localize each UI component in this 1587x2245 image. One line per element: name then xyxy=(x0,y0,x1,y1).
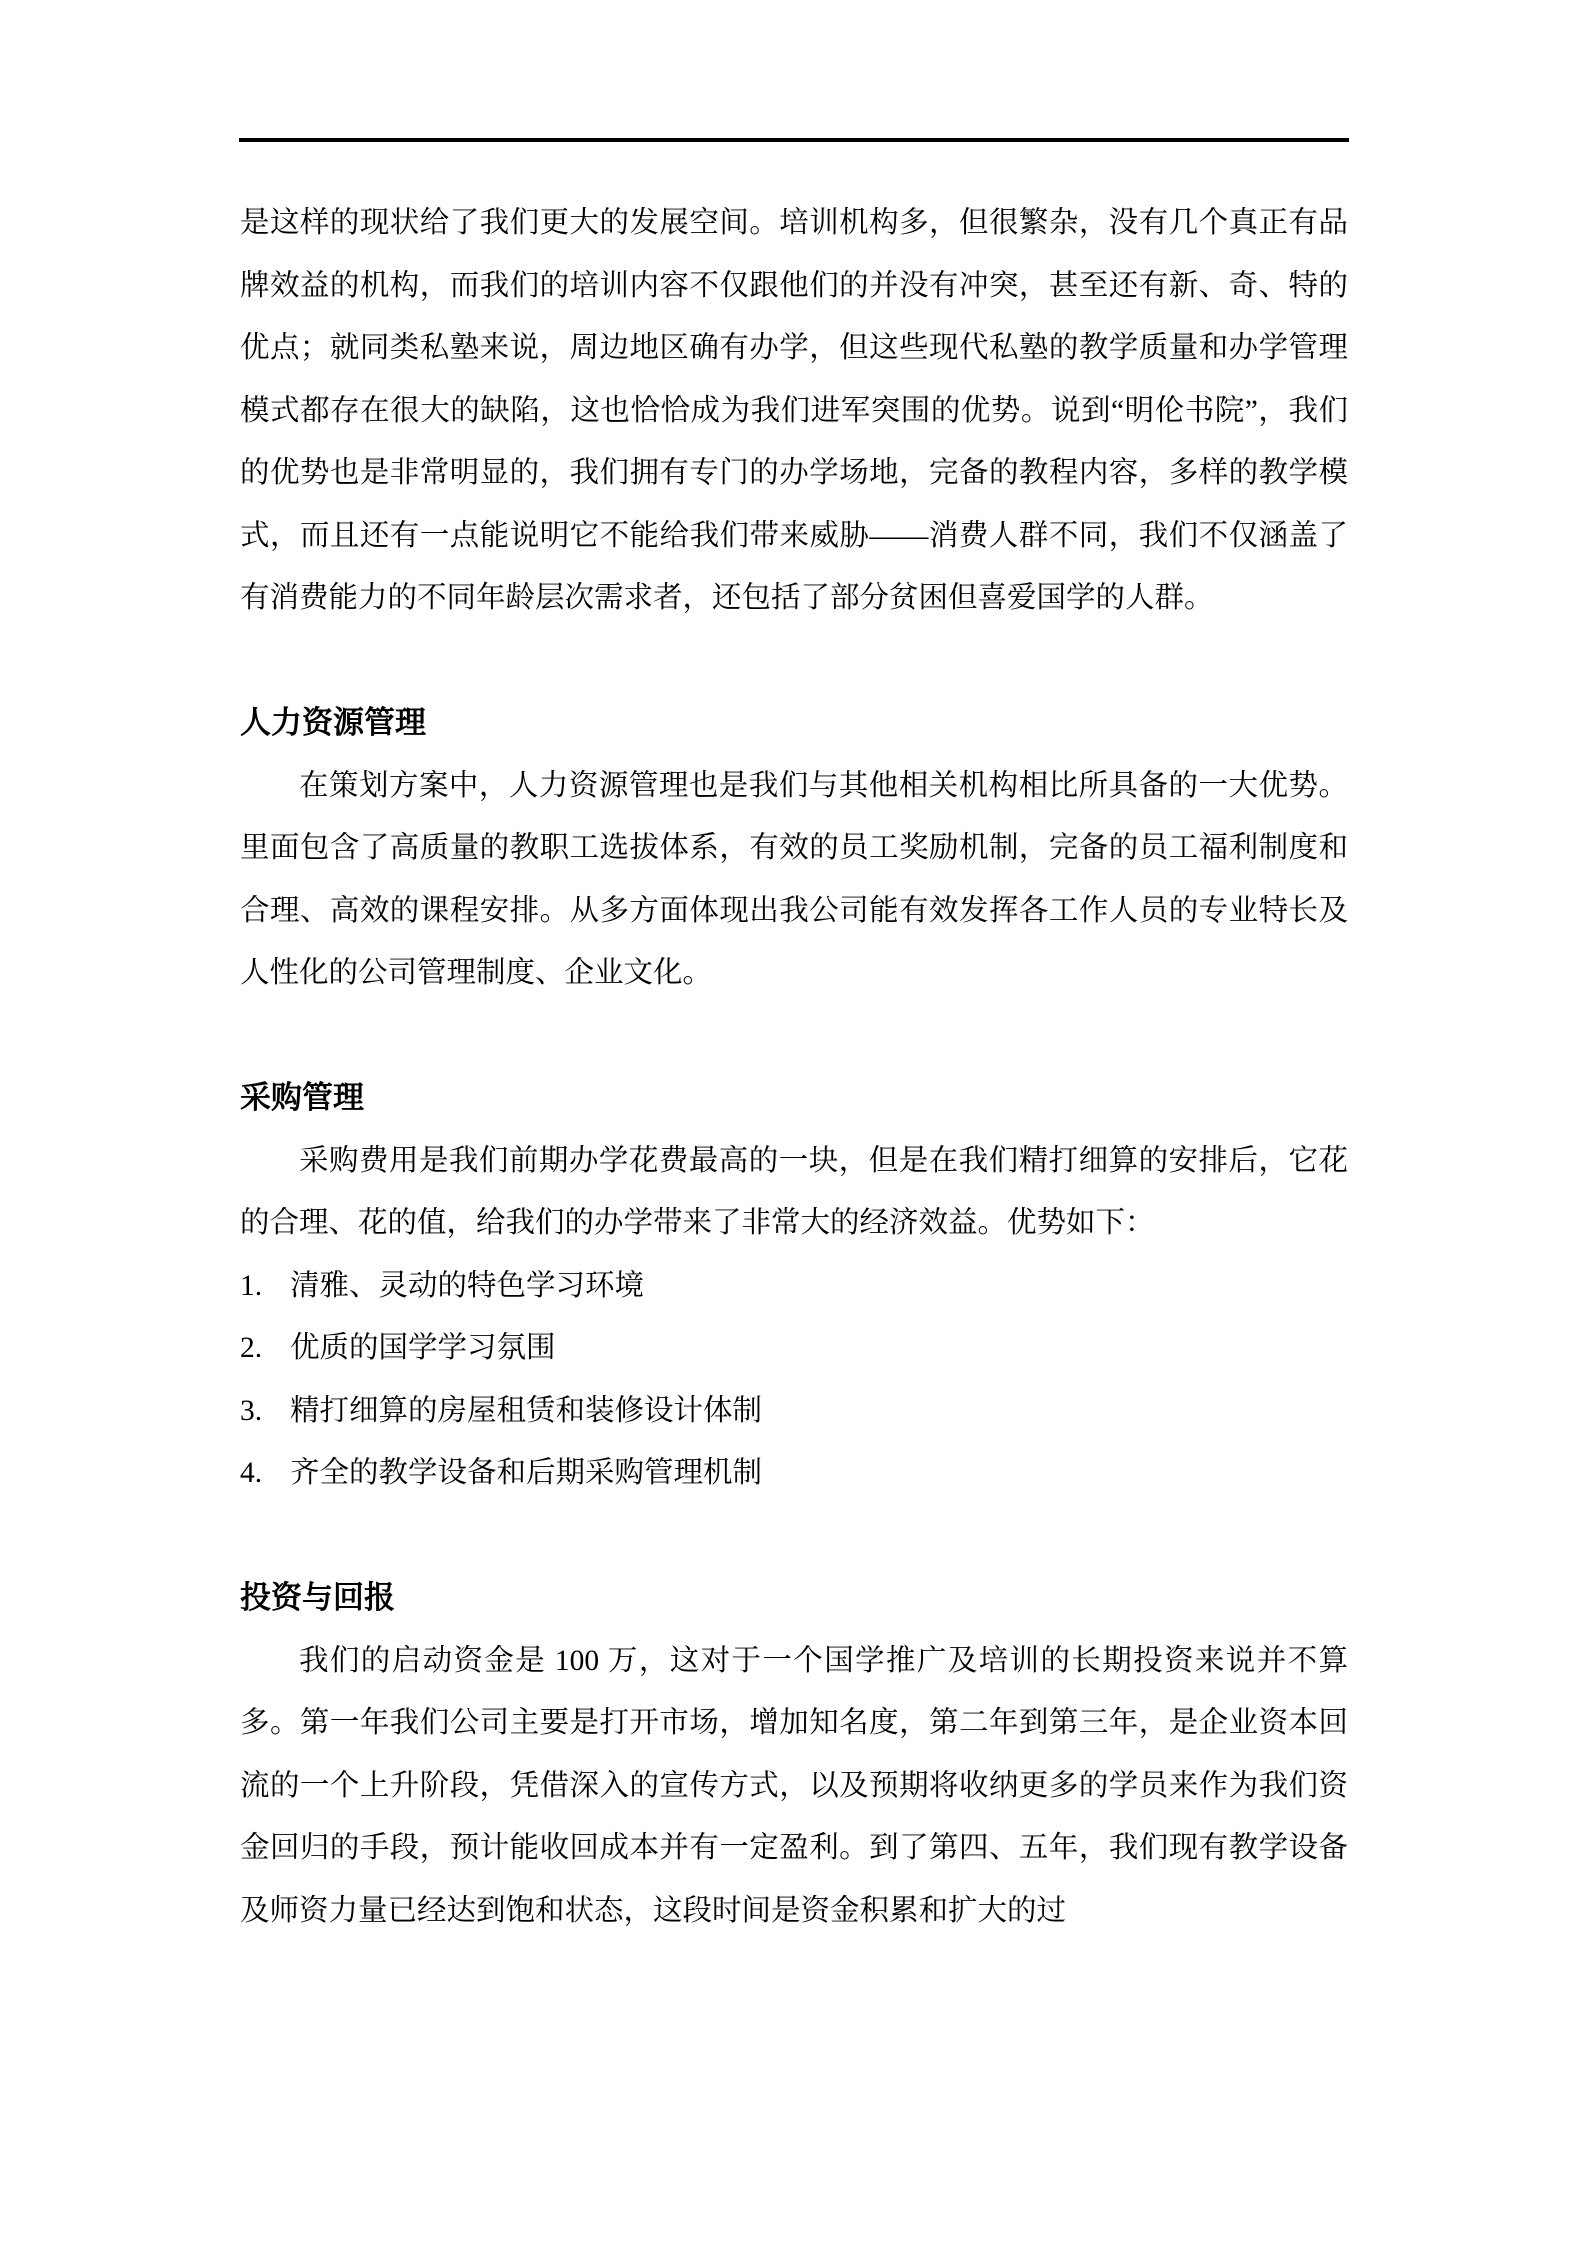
list-item-text: 优质的国学学习氛围 xyxy=(290,1332,556,1364)
list-item-number: 2. xyxy=(240,1317,290,1380)
section-heading-investment-return: 投资与回报 xyxy=(240,1567,1348,1630)
section-paragraph-investment-return: 我们的启动资金是 100 万，这对于一个国学推广及培训的长期投资来说并不算多。第… xyxy=(240,1630,1348,1943)
list-item-number: 1. xyxy=(240,1255,290,1318)
section-paragraph-procurement: 采购费用是我们前期办学花费最高的一块，但是在我们精打细算的安排后，它花的合理、花… xyxy=(240,1130,1348,1255)
document-content: 是这样的现状给了我们更大的发展空间。培训机构多，但很繁杂，没有几个真正有品牌效益… xyxy=(240,192,1348,1942)
section-paragraph-human-resources: 在策划方案中，人力资源管理也是我们与其他相关机构相比所具备的一大优势。里面包含了… xyxy=(240,755,1348,1005)
document-page: 是这样的现状给了我们更大的发展空间。培训机构多，但很繁杂，没有几个真正有品牌效益… xyxy=(0,0,1587,2245)
list-item: 1.清雅、灵动的特色学习环境 xyxy=(240,1255,1348,1318)
list-item: 2.优质的国学学习氛围 xyxy=(240,1317,1348,1380)
list-item: 3.精打细算的房屋租赁和装修设计体制 xyxy=(240,1380,1348,1443)
section-heading-procurement: 采购管理 xyxy=(240,1067,1348,1130)
section-heading-human-resources: 人力资源管理 xyxy=(240,692,1348,755)
list-item: 4.齐全的教学设备和后期采购管理机制 xyxy=(240,1442,1348,1505)
procurement-advantage-list: 1.清雅、灵动的特色学习环境 2.优质的国学学习氛围 3.精打细算的房屋租赁和装… xyxy=(240,1255,1348,1505)
list-item-text: 精打细算的房屋租赁和装修设计体制 xyxy=(290,1395,762,1427)
list-item-text: 齐全的教学设备和后期采购管理机制 xyxy=(290,1457,762,1489)
header-rule xyxy=(239,138,1349,142)
intro-paragraph: 是这样的现状给了我们更大的发展空间。培训机构多，但很繁杂，没有几个真正有品牌效益… xyxy=(240,192,1348,630)
list-item-number: 4. xyxy=(240,1442,290,1505)
list-item-text: 清雅、灵动的特色学习环境 xyxy=(290,1270,644,1302)
list-item-number: 3. xyxy=(240,1380,290,1443)
